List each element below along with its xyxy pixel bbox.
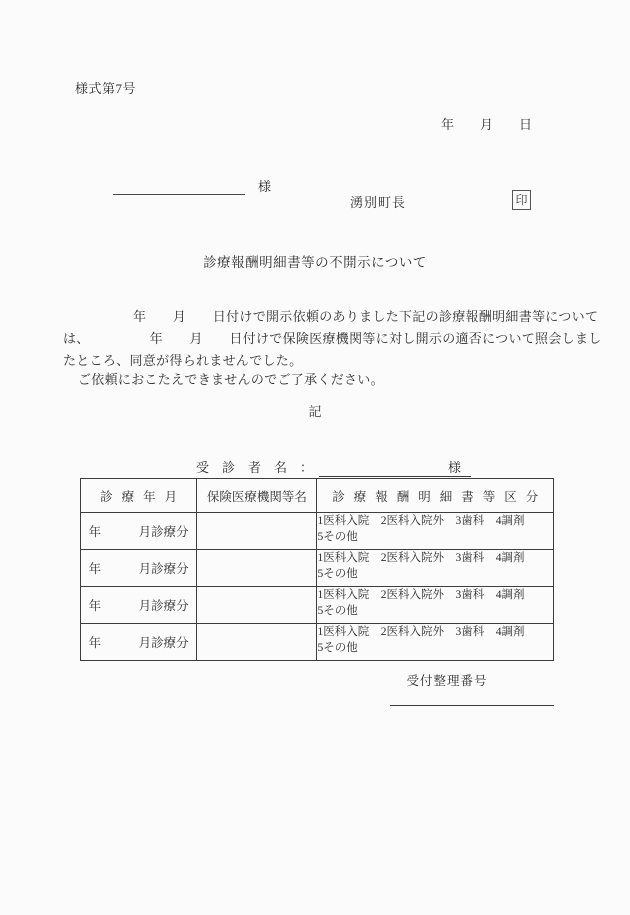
division-cell: 1医科入院 2医科入院外 3歯科 4調剤5その他 [317, 624, 554, 661]
receipt-number-label: 受付整理番号 [407, 674, 488, 688]
period-cell: 年 月診療分 [81, 587, 197, 624]
division-cell: 1医科入院 2医科入院外 3歯科 4調剤5その他 [317, 550, 554, 587]
statement-table: 診療年月 保険医療機関等名 診療報酬明細書等区分 年 月診療分 1医科入院 2医… [80, 478, 554, 661]
header-period: 診療年月 [81, 479, 197, 513]
division-line1: 1医科入院 2医科入院外 3歯科 4調剤 [317, 550, 553, 566]
division-line1: 1医科入院 2医科入院外 3歯科 4調剤 [317, 624, 553, 640]
patient-name-blank: 様 [319, 457, 471, 477]
division-line2: 5その他 [317, 640, 553, 656]
body-line-3: たところ、同意が得られませんでした。 [63, 350, 302, 369]
body-line-4: ご依頼におこたえできませんのでご了承ください。 [78, 369, 384, 388]
division-cell: 1医科入院 2医科入院外 3歯科 4調剤5その他 [317, 587, 554, 624]
addressee-blank-line [113, 177, 245, 195]
sender-name: 湧別町長 [350, 192, 406, 211]
document-title: 診療報酬明細書等の不開示について [0, 251, 630, 271]
addressee-line: 様 [100, 160, 271, 211]
document-page: 様式第7号 年 月 日 様 湧別町長 印 診療報酬明細書等の不開示について 年 … [0, 0, 630, 915]
body-line-1: 年 月 日付けで開示依頼のありました下記の診療報酬明細書等について [133, 306, 598, 325]
patient-name-label: 受 診 者 名 ： [196, 460, 313, 475]
table-header-row: 診療年月 保険医療機関等名 診療報酬明細書等区分 [81, 479, 554, 513]
institution-cell [197, 550, 317, 587]
seal-placeholder-icon: 印 [512, 190, 531, 210]
period-cell: 年 月診療分 [81, 624, 197, 661]
period-cell: 年 月診療分 [81, 550, 197, 587]
division-line2: 5その他 [317, 529, 553, 545]
body-line-2: は、 年 月 日付けで保険医療機関等に対し開示の適否について照会しまし [63, 328, 602, 347]
division-cell: 1医科入院 2医科入院外 3歯科 4調剤5その他 [317, 513, 554, 550]
institution-cell [197, 513, 317, 550]
record-marker: 記 [0, 401, 630, 420]
table-row: 年 月診療分 1医科入院 2医科入院外 3歯科 4調剤5その他 [81, 513, 554, 550]
header-division: 診療報酬明細書等区分 [317, 479, 554, 513]
patient-name-suffix: 様 [448, 460, 461, 475]
table-row: 年 月診療分 1医科入院 2医科入院外 3歯科 4調剤5その他 [81, 587, 554, 624]
institution-cell [197, 624, 317, 661]
period-cell: 年 月診療分 [81, 513, 197, 550]
table-row: 年 月診療分 1医科入院 2医科入院外 3歯科 4調剤5その他 [81, 550, 554, 587]
institution-cell [197, 587, 317, 624]
date-line: 年 月 日 [441, 114, 532, 133]
addressee-suffix: 様 [258, 179, 271, 194]
division-line1: 1医科入院 2医科入院外 3歯科 4調剤 [317, 513, 553, 529]
form-number: 様式第7号 [75, 78, 136, 97]
receipt-number-line: 受付整理番号 [390, 656, 554, 706]
division-line2: 5その他 [317, 566, 553, 582]
header-institution: 保険医療機関等名 [197, 479, 317, 513]
division-line1: 1医科入院 2医科入院外 3歯科 4調剤 [317, 587, 553, 603]
table-row: 年 月診療分 1医科入院 2医科入院外 3歯科 4調剤5その他 [81, 624, 554, 661]
division-line2: 5その他 [317, 603, 553, 619]
